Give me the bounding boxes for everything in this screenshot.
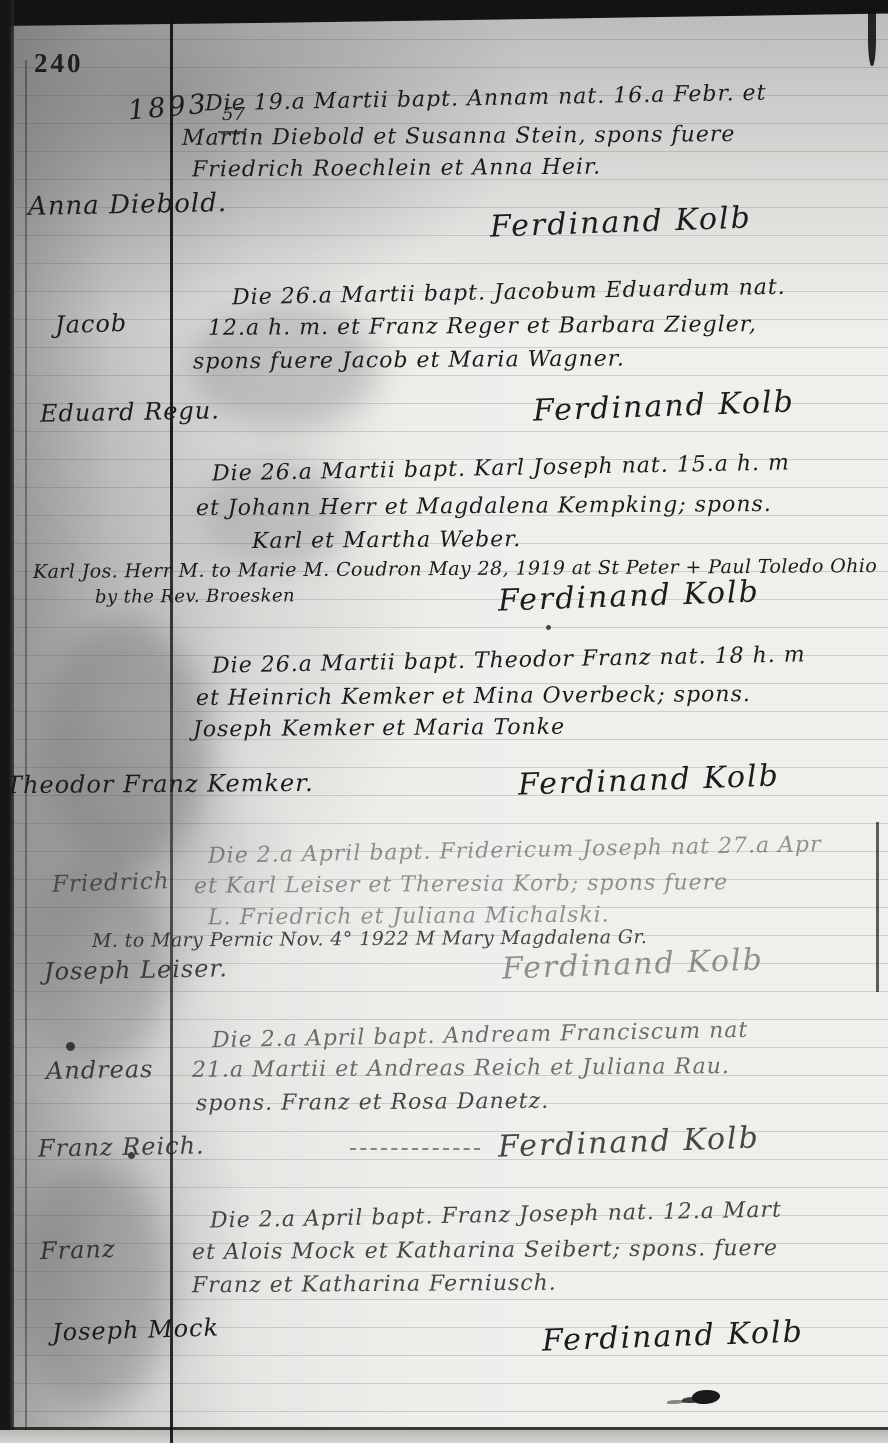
entry-line: spons. Franz et Rosa Danetz. bbox=[196, 1091, 549, 1115]
year-label: 1893 bbox=[127, 91, 210, 125]
margin-name: Joseph Leiser. bbox=[44, 956, 228, 984]
entry-line: 21.a Martii et Andreas Reich et Juliana … bbox=[192, 1056, 730, 1082]
signature: Ferdinand Kolb bbox=[542, 1317, 805, 1356]
entry-line: Friedrich Roechlein et Anna Heir. bbox=[192, 157, 601, 182]
signature: Ferdinand Kolb bbox=[518, 761, 781, 800]
margin-rule-line bbox=[170, 18, 173, 1443]
entry-line: Die 26.a Martii bapt. Karl Joseph nat. 1… bbox=[212, 452, 790, 485]
entry-line: spons fuere Jacob et Maria Wagner. bbox=[193, 348, 625, 373]
signature: Ferdinand Kolb bbox=[498, 577, 761, 616]
entry-line: Karl et Martha Weber. bbox=[252, 529, 521, 553]
entry-line: et Karl Leiser et Theresia Korb; spons f… bbox=[194, 872, 728, 898]
entry-line: Franz et Katharina Ferniusch. bbox=[192, 1273, 557, 1298]
margin-name: Friedrich bbox=[52, 870, 170, 897]
scan-edge-top bbox=[0, 0, 888, 26]
margin-name: Jacob bbox=[55, 311, 128, 337]
entry-line: Die 2.a April bapt. Andream Franciscum n… bbox=[212, 1020, 749, 1052]
stain bbox=[20, 1160, 170, 1410]
signature: Ferdinand Kolb bbox=[498, 1123, 761, 1162]
margin-name: Anna Diebold. bbox=[28, 190, 228, 220]
entry-line: Die 26.a Martii bapt. Theodor Franz nat.… bbox=[212, 644, 806, 677]
ink-spot bbox=[546, 625, 551, 630]
page-number: 240 bbox=[34, 48, 84, 79]
entry-line: et Johann Herr et Magdalena Kempking; sp… bbox=[196, 494, 772, 520]
ink-drip-mark bbox=[868, 6, 876, 66]
ink-spot bbox=[66, 1042, 75, 1051]
signature: Ferdinand Kolb bbox=[502, 945, 765, 984]
scan-edge-bottom bbox=[0, 1430, 888, 1443]
entry-line: et Alois Mock et Katharina Seibert; spon… bbox=[192, 1238, 778, 1264]
margin-name: Andreas bbox=[46, 1057, 154, 1083]
margin-name: Joseph Mock bbox=[52, 1315, 220, 1344]
ink-blot bbox=[692, 1390, 720, 1404]
margin-name: Eduard Regu. bbox=[40, 398, 220, 425]
entry-line: Martin Diebold et Susanna Stein, spons f… bbox=[182, 124, 735, 150]
signature: Ferdinand Kolb bbox=[533, 387, 796, 426]
dashed-line bbox=[350, 1148, 480, 1150]
left-rule-line bbox=[25, 60, 27, 1430]
entry-line: Die 2.a April bapt. Fridericum Joseph na… bbox=[208, 834, 822, 868]
entry-line: L. Friedrich et Juliana Michalski. bbox=[208, 905, 610, 930]
margin-name: Theodor Franz Kemker. bbox=[6, 771, 314, 797]
margin-name: Franz Reich. bbox=[38, 1133, 205, 1160]
marriage-annotation: by the Rev. Broesken bbox=[95, 587, 295, 606]
margin-name: Franz bbox=[40, 1237, 116, 1263]
scan-edge-left bbox=[0, 0, 14, 1443]
entry-line: Die 26.a Martii bapt. Jacobum Eduardum n… bbox=[232, 277, 786, 310]
entry-line: Die 2.a April bapt. Franz Joseph nat. 12… bbox=[210, 1200, 782, 1233]
scanned-register-page: 240 1893 57 Die 19.a Martii bapt. Annam … bbox=[0, 0, 888, 1443]
entry-line: 12.a h. m. et Franz Reger et Barbara Zie… bbox=[208, 314, 757, 340]
signature: Ferdinand Kolb bbox=[490, 203, 753, 242]
stain bbox=[40, 620, 210, 870]
marriage-annotation: M. to Mary Pernic Nov. 4° 1922 M Mary Ma… bbox=[92, 928, 647, 951]
entry-line: et Heinrich Kemker et Mina Overbeck; spo… bbox=[196, 684, 751, 710]
entry-line: Die 19.a Martii bapt. Annam nat. 16.a Fe… bbox=[205, 83, 767, 116]
right-rule-line bbox=[876, 822, 879, 992]
entry-line: Joseph Kemker et Maria Tonke bbox=[193, 717, 565, 742]
